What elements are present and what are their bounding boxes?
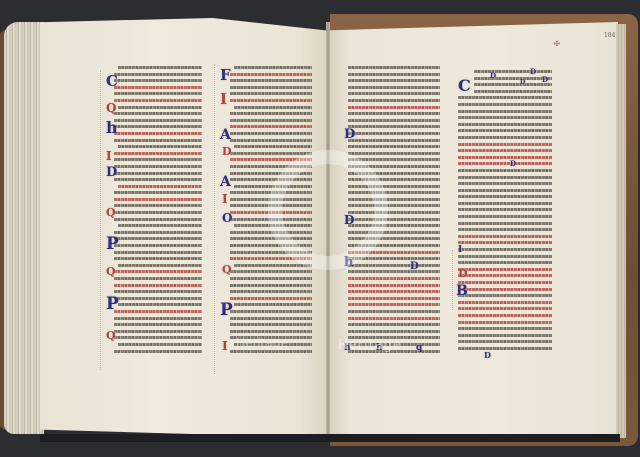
text-line — [458, 215, 552, 218]
text-line — [458, 274, 552, 277]
text-line — [458, 195, 552, 198]
text-line — [458, 301, 552, 304]
text-line — [458, 235, 552, 238]
watermark-logo — [268, 150, 388, 270]
text-line — [118, 66, 202, 69]
text-line — [458, 202, 552, 205]
text-line — [114, 277, 202, 280]
text-line — [348, 125, 440, 128]
initial-letter: D — [530, 68, 536, 75]
text-line — [114, 204, 202, 207]
text-line — [230, 125, 312, 128]
text-line — [458, 136, 552, 139]
text-line — [230, 132, 312, 135]
text-line — [458, 222, 552, 225]
text-line — [118, 185, 202, 188]
text-line — [234, 145, 312, 148]
text-line — [458, 261, 552, 264]
text-line — [458, 103, 552, 106]
text-line — [230, 270, 312, 273]
text-line — [458, 129, 552, 132]
text-line — [230, 297, 312, 300]
text-line — [114, 198, 202, 201]
text-line — [118, 145, 202, 148]
text-column-1 — [106, 66, 202, 358]
text-line — [234, 106, 312, 109]
text-line — [348, 290, 440, 293]
text-line — [114, 350, 202, 353]
initial-letter: q — [416, 344, 422, 353]
text-line — [458, 334, 552, 337]
text-line — [230, 139, 312, 142]
text-line — [348, 145, 440, 148]
text-line — [118, 264, 202, 267]
initial-letter: D — [410, 262, 419, 272]
text-line — [114, 172, 202, 175]
text-line — [458, 255, 552, 258]
text-line — [230, 277, 312, 280]
text-line — [114, 86, 202, 89]
text-line — [474, 83, 552, 86]
text-line — [230, 73, 312, 76]
text-line — [230, 323, 312, 326]
initial-letter: D — [510, 160, 516, 167]
text-line — [230, 284, 312, 287]
text-line — [348, 310, 440, 313]
text-line — [114, 244, 202, 247]
text-line — [114, 317, 202, 320]
text-line — [114, 119, 202, 122]
text-line — [114, 231, 202, 234]
text-line — [348, 112, 440, 115]
text-line — [114, 152, 202, 155]
text-line — [348, 106, 440, 109]
left-page-block-edges — [4, 22, 44, 434]
text-line — [348, 79, 440, 82]
filigree-ornament — [214, 64, 229, 374]
text-line — [114, 251, 202, 254]
text-line — [458, 307, 552, 310]
text-line — [458, 288, 552, 291]
text-line — [114, 290, 202, 293]
text-line — [458, 149, 552, 152]
text-line — [230, 112, 312, 115]
text-line — [114, 237, 202, 240]
text-line — [458, 294, 552, 297]
filigree-ornament — [100, 70, 115, 370]
text-line — [348, 92, 440, 95]
watermark-text: Heritage — [236, 336, 288, 350]
text-line — [230, 119, 312, 122]
initial-letter: D — [344, 128, 355, 141]
text-line — [114, 99, 202, 102]
text-line — [230, 86, 312, 89]
text-line — [348, 297, 440, 300]
watermark-text: Heritage — [338, 338, 402, 353]
text-line — [230, 317, 312, 320]
text-line — [114, 297, 202, 300]
text-line — [458, 110, 552, 113]
text-line — [230, 310, 312, 313]
text-line — [114, 178, 202, 181]
text-line — [118, 224, 202, 227]
text-line — [230, 92, 312, 95]
text-line — [474, 70, 552, 73]
text-line — [458, 314, 552, 317]
text-line — [230, 330, 312, 333]
text-line — [458, 189, 552, 192]
text-line — [474, 90, 552, 93]
initial-letter: D — [490, 72, 496, 79]
initial-letter: D — [520, 80, 525, 86]
right-page-block-edges — [616, 24, 626, 438]
text-line — [348, 317, 440, 320]
text-line — [458, 123, 552, 126]
text-line — [458, 162, 552, 165]
text-line — [458, 268, 552, 271]
text-line — [458, 281, 552, 284]
text-line — [114, 158, 202, 161]
text-line — [114, 323, 202, 326]
text-line — [118, 343, 202, 346]
text-line — [114, 336, 202, 339]
text-column-4 — [458, 70, 552, 358]
text-line — [230, 99, 312, 102]
text-line — [348, 270, 440, 273]
text-line — [348, 284, 440, 287]
text-line — [114, 330, 202, 333]
text-line — [118, 106, 202, 109]
text-line — [348, 152, 440, 155]
text-line — [230, 290, 312, 293]
text-line — [114, 270, 202, 273]
text-line — [458, 327, 552, 330]
text-line — [348, 330, 440, 333]
text-line — [114, 92, 202, 95]
text-line — [230, 79, 312, 82]
text-line — [458, 340, 552, 343]
text-line — [348, 66, 440, 69]
text-line — [348, 86, 440, 89]
text-line — [458, 143, 552, 146]
text-line — [114, 132, 202, 135]
text-line — [114, 165, 202, 168]
text-line — [348, 303, 440, 306]
text-line — [348, 139, 440, 142]
text-line — [458, 169, 552, 172]
text-line — [348, 132, 440, 135]
red-ornament-mark: ✠ — [554, 40, 560, 48]
text-line — [230, 152, 312, 155]
text-line — [348, 99, 440, 102]
text-line — [234, 303, 312, 306]
text-line — [458, 182, 552, 185]
text-line — [114, 310, 202, 313]
text-line — [114, 139, 202, 142]
text-line — [114, 79, 202, 82]
text-line — [458, 208, 552, 211]
text-line — [118, 303, 202, 306]
text-line — [114, 284, 202, 287]
text-line — [458, 248, 552, 251]
filigree-ornament — [452, 250, 467, 310]
text-line — [114, 218, 202, 221]
initial-letter: D — [542, 76, 548, 83]
text-line — [458, 241, 552, 244]
text-line — [458, 96, 552, 99]
text-line — [458, 116, 552, 119]
folio-number: 184 — [604, 32, 615, 39]
text-line — [348, 323, 440, 326]
text-line — [348, 73, 440, 76]
text-line — [348, 277, 440, 280]
text-line — [458, 156, 552, 159]
text-line — [114, 191, 202, 194]
bottom-shadow — [40, 434, 620, 442]
text-line — [348, 264, 440, 267]
text-line — [348, 119, 440, 122]
text-line — [114, 211, 202, 214]
text-line — [114, 257, 202, 260]
text-line — [458, 347, 552, 350]
text-line — [114, 125, 202, 128]
initial-letter: C — [458, 78, 471, 94]
text-line — [234, 66, 312, 69]
text-line — [234, 264, 312, 267]
text-line — [474, 77, 552, 80]
initial-letter: D — [484, 351, 491, 359]
text-line — [114, 73, 202, 76]
text-line — [458, 321, 552, 324]
text-line — [458, 176, 552, 179]
text-line — [458, 228, 552, 231]
text-line — [114, 112, 202, 115]
